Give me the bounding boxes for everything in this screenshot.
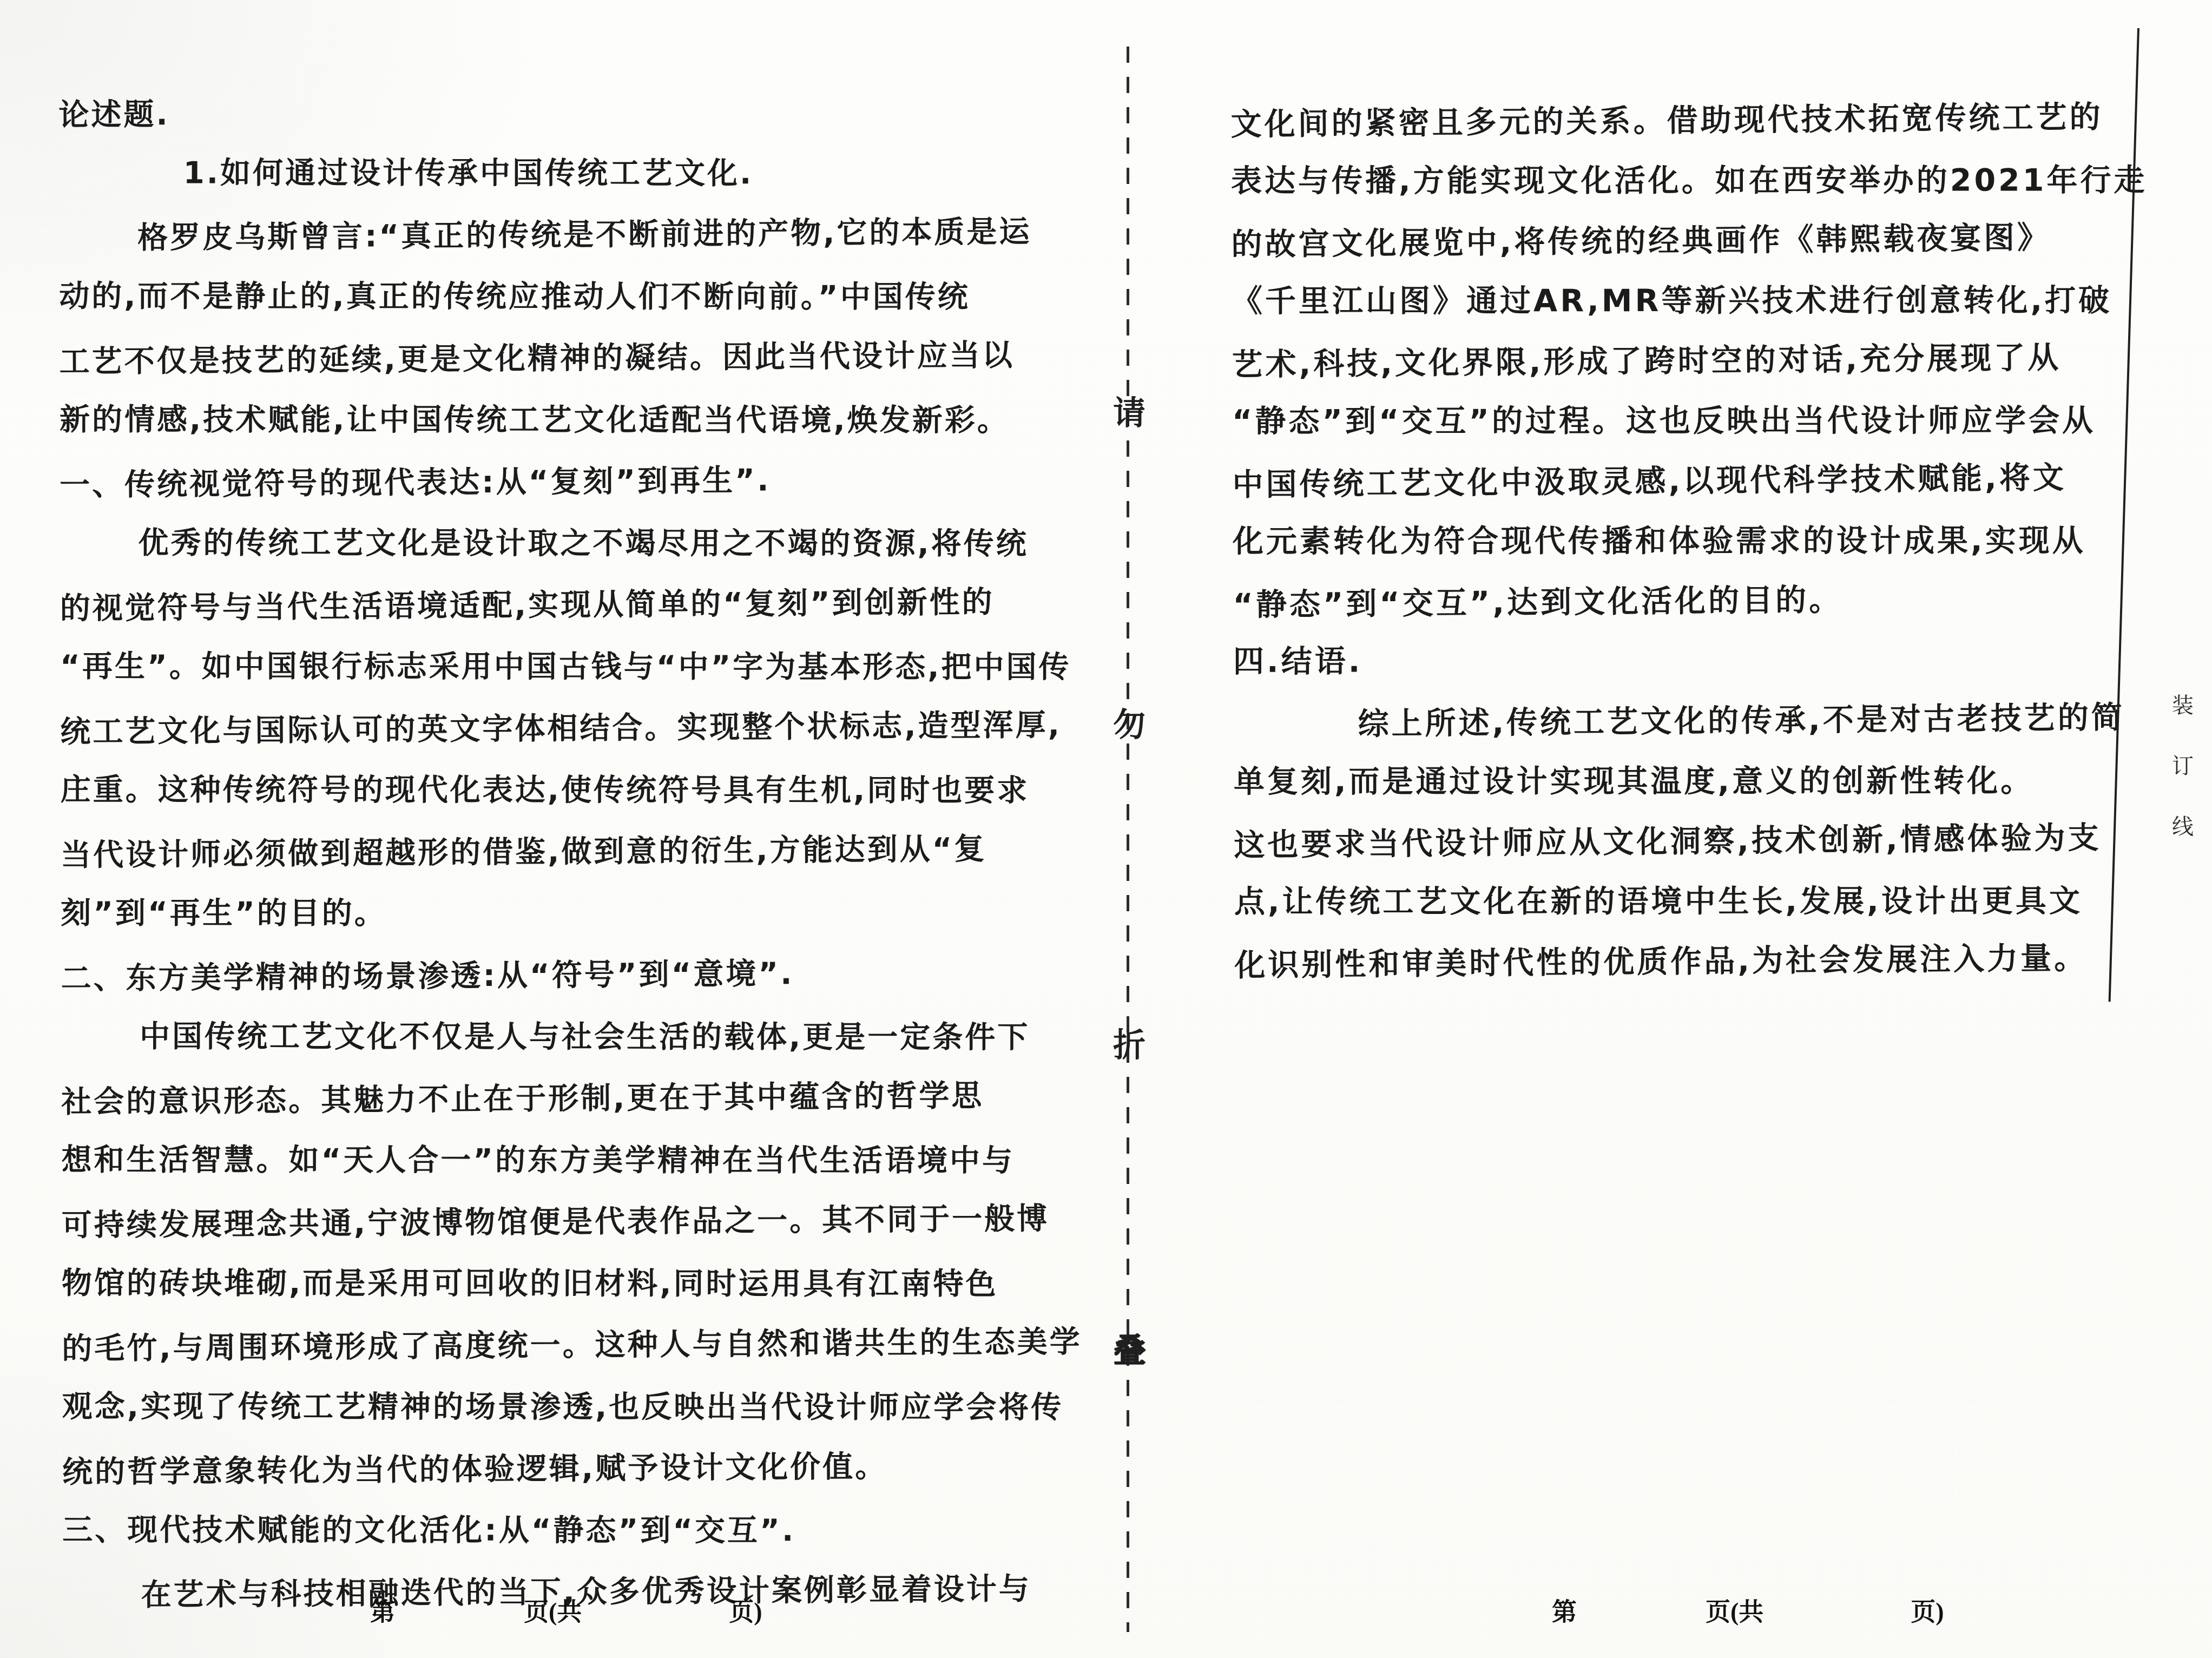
binding-label-char: 装 [2167, 688, 2199, 719]
handwritten-line: 1.如何通过设计传承中国传统工艺文化. [59, 142, 1065, 205]
handwritten-line: 观念,实现了传统工艺精神的场景渗透,也反映出当代设计师应学会将传 [62, 1376, 1069, 1439]
handwritten-line: 化元素转化为符合现代传播和体验需求的设计成果,实现从 [1233, 511, 2152, 571]
handwritten-line: 点,让传统工艺文化在新的语境中生长,发展,设计出更具文 [1234, 871, 2154, 932]
handwritten-line: 中国传统工艺文化不仅是人与社会生活的载体,更是一定条件下 [61, 1006, 1068, 1069]
handwritten-line: 表达与传播,方能实现文化活化。如在西安举办的2021年行走 [1231, 150, 2151, 211]
handwritten-line: 单复刻,而是通过设计实现其温度,意义的创新性转化。 [1234, 751, 2154, 812]
handwritten-line: 新的情感,技术赋能,让中国传统工艺文化适配当代语境,焕发新彩。 [60, 389, 1066, 452]
handwritten-line: 化识别性和审美时代性的优质作品,为社会发展注入力量。 [1234, 928, 2155, 996]
footer-label: 页) [1911, 1592, 1944, 1628]
handwritten-line: 三、现代技术赋能的文化活化:从“静态”到“交互”. [62, 1499, 1069, 1562]
fold-notice-char: 叠 [1110, 1325, 1148, 1371]
scanned-answer-sheet: 论述题.1.如何通过设计传承中国传统工艺文化.格罗皮乌斯曾言:“真正的传统是不断… [0, 0, 2212, 1658]
handwritten-line: 格罗皮乌斯曾言:“真正的传统是不断前进的产物,它的本质是运 [59, 201, 1066, 270]
handwritten-line: 论述题. [58, 78, 1065, 147]
handwritten-line: 的故宫文化展览中,将传统的经典画作《韩熙载夜宴图》 [1231, 207, 2151, 275]
page-footer-left: 第页(共页) [370, 1592, 762, 1627]
handwritten-line: 这也要求当代设计师应从文化洞察,技术创新,情感体验为支 [1234, 808, 2154, 876]
footer-label: 第 [1552, 1598, 1577, 1626]
handwritten-line: 二、东方美学精神的场景渗透:从“符号”到“意境”. [61, 942, 1068, 1010]
handwritten-line: 《千里江山图》通过AR,MR等新兴技术进行创意转化,打破 [1232, 271, 2151, 331]
handwritten-line: “再生”。如中国银行标志采用中国古钱与“中”字为基本形态,把中国传 [60, 636, 1066, 699]
handwritten-line: 一、传统视觉符号的现代表达:从“复刻”到再生”. [60, 448, 1066, 517]
left-page-text: 论述题.1.如何通过设计传承中国传统工艺文化.格罗皮乌斯曾言:“真正的传统是不断… [58, 80, 1069, 1625]
right-page-text: 文化间的紧密且多元的关系。借助现代技术拓宽传统工艺的表达与传播,方能实现文化活化… [1230, 89, 2154, 994]
handwritten-line: “静态”到“交互”,达到文化活化的目的。 [1233, 568, 2153, 636]
handwritten-line: 刻”到“再生”的目的。 [61, 883, 1067, 945]
fold-notice-char: 勿 [1110, 699, 1148, 746]
handwritten-line: 统的哲学意象转化为当代的体验逻辑,赋予设计文化价值。 [62, 1435, 1069, 1504]
handwritten-line: 动的,而不是静止的,真正的传统应推动人们不断向前。”中国传统 [59, 266, 1065, 328]
handwritten-line: 综上所述,传统工艺文化的传承,不是对古老技艺的简 [1233, 688, 2154, 756]
handwritten-line: 想和生活智慧。如“天人合一”的东方美学精神在当代生活语境中与 [61, 1129, 1068, 1192]
handwritten-line: “静态”到“交互”的过程。这也反映出当代设计师应学会从 [1232, 391, 2152, 451]
page-footer-right: 第页(共页) [1552, 1592, 1944, 1627]
fold-notice-char: 请 [1110, 387, 1148, 434]
handwritten-line: 中国传统工艺文化中汲取灵感,以现代科学技术赋能,将文 [1232, 448, 2152, 516]
handwritten-line: 的毛竹,与周围环境形成了高度统一。这种人与自然和谐共生的生态美学 [62, 1312, 1069, 1380]
handwritten-line: 当代设计师必须做到超越形的借鉴,做到意的衍生,方能达到从“复 [61, 818, 1068, 887]
handwritten-line: 工艺不仅是技艺的延续,更是文化精神的凝结。因此当代设计应当以 [59, 325, 1066, 393]
binding-label-char: 订 [2167, 749, 2199, 780]
handwritten-line: 庄重。这种传统符号的现代化表达,使传统符号具有生机,同时也要求 [61, 759, 1067, 822]
handwritten-line: 社会的意识形态。其魅力不止在于形制,更在于其中蕴含的哲学思 [61, 1065, 1068, 1134]
handwritten-line: 可持续发展理念共通,宁波博物馆便是代表作品之一。其不同于一般博 [61, 1188, 1068, 1257]
handwritten-line: 的视觉符号与当代生活语境适配,实现从简单的“复刻”到创新性的 [60, 571, 1066, 640]
fold-dashed-line [1127, 47, 1129, 1632]
footer-label: 页(共 [524, 1592, 582, 1628]
handwritten-line: 文化间的紧密且多元的关系。借助现代技术拓宽传统工艺的 [1230, 87, 2151, 155]
handwritten-line: 优秀的传统工艺文化是设计取之不竭尽用之不竭的资源,将传统 [60, 512, 1066, 575]
fold-notice-char: 折 [1110, 1019, 1148, 1066]
handwritten-line: 艺术,科技,文化界限,形成了跨时空的对话,充分展现了从 [1232, 327, 2152, 396]
footer-label: 第 [370, 1598, 395, 1626]
footer-label: 页(共 [1706, 1592, 1763, 1628]
footer-label: 页) [729, 1592, 762, 1628]
handwritten-line: 物馆的砖块堆砌,而是采用可回收的旧材料,同时运用具有江南特色 [62, 1253, 1068, 1315]
handwritten-line: 四.结语. [1233, 631, 2153, 692]
binding-label-char: 线 [2167, 810, 2199, 840]
handwritten-line: 统工艺文化与国际认可的英文字体相结合。实现整个状标志,造型浑厚, [60, 695, 1067, 764]
